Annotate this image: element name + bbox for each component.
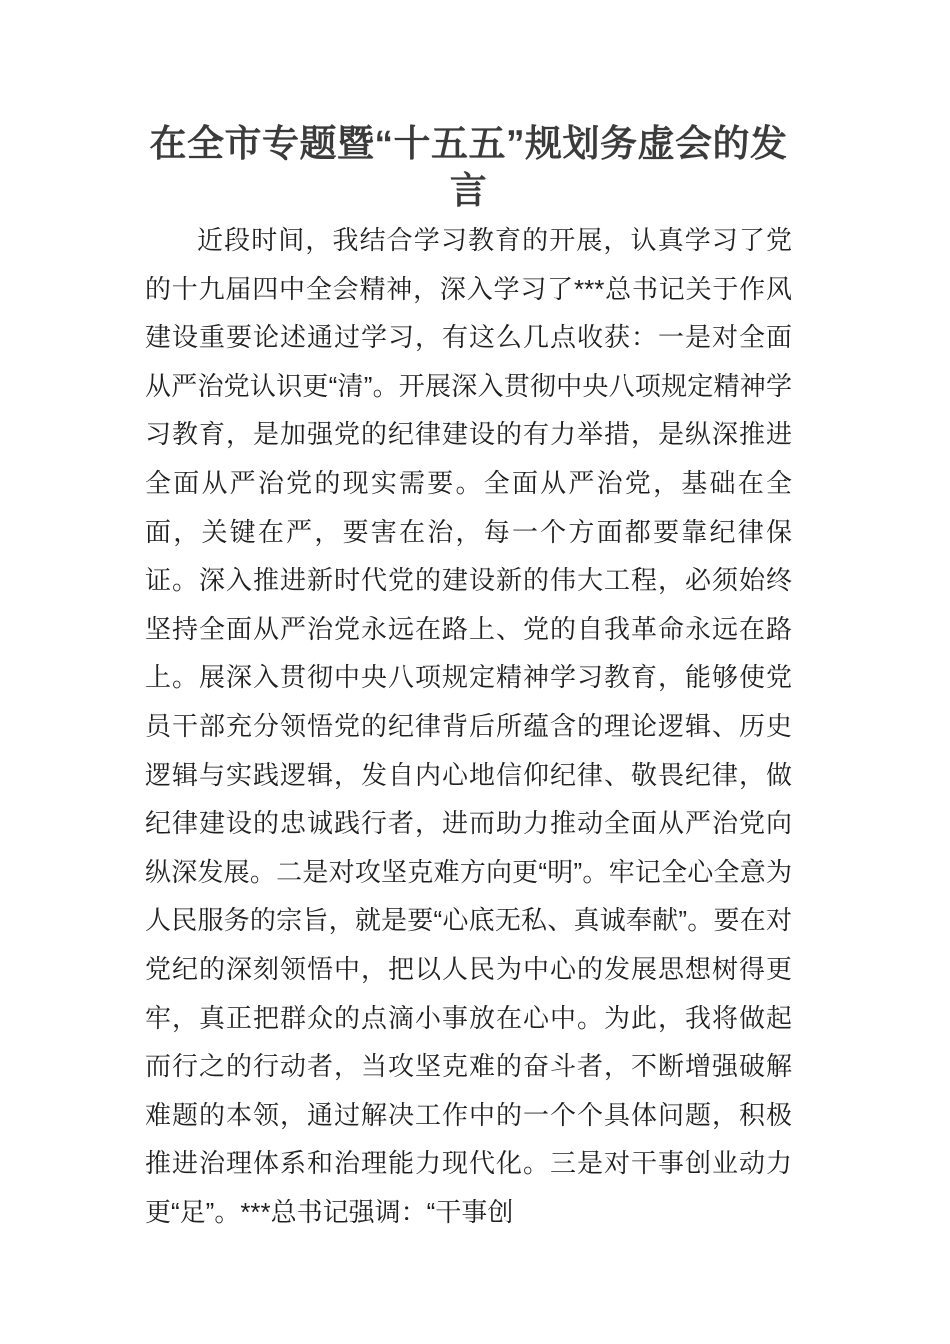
page-title: 在全市专题暨“十五五”规划务虚会的发言 xyxy=(145,120,792,214)
document-page: 在全市专题暨“十五五”规划务虚会的发言 近段时间，我结合学习教育的开展，认真学习… xyxy=(0,0,950,1344)
body-paragraph: 近段时间，我结合学习教育的开展，认真学习了党的十九届四中全会精神，深入学习了**… xyxy=(145,216,792,1236)
